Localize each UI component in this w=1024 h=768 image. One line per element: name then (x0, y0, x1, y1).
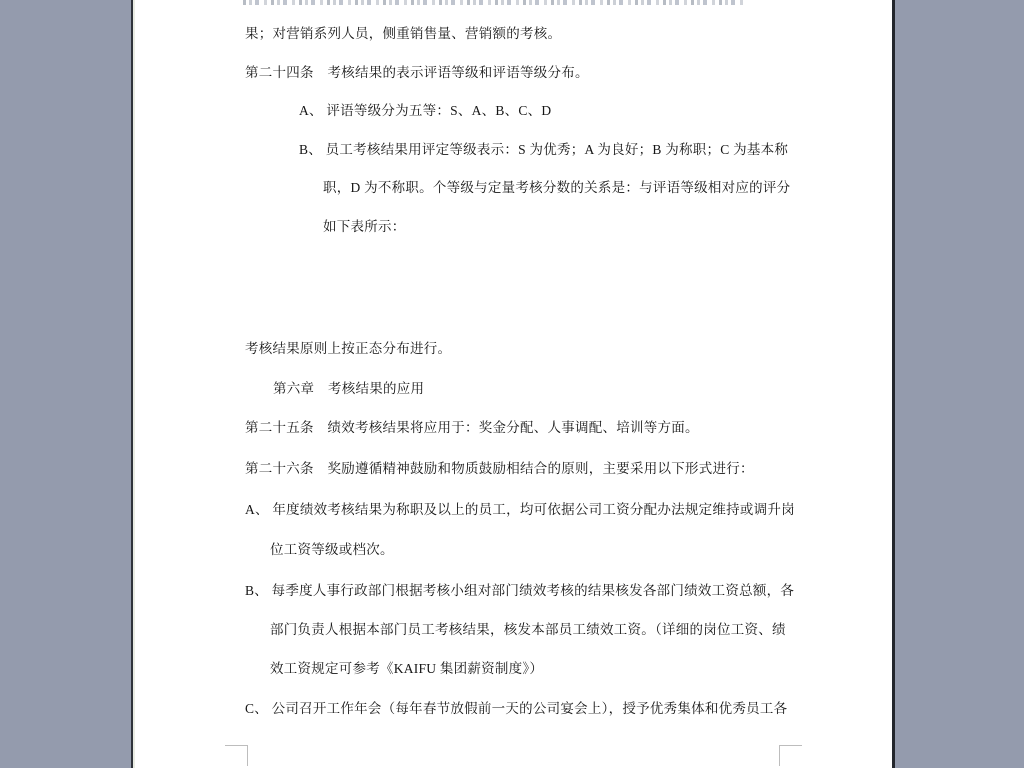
text-boundary-mark-left (225, 745, 248, 766)
text-line[interactable]: B、 每季度人事行政部门根据考核小组对部门绩效考核的结果核发各部门绩效工资总额，… (245, 582, 794, 599)
text-line[interactable]: 效工资规定可参考《KAIFU 集团薪资制度》） (270, 660, 543, 677)
text-line[interactable]: 位工资等级或档次。 (270, 541, 394, 558)
document-canvas: 果；对营销系列人员，侧重销售量、营销额的考核。 第二十四条 考核结果的表示评语等… (0, 0, 1024, 768)
text-line[interactable]: A、 年度绩效考核结果为称职及以上的员工，均可依据公司工资分配办法规定维持或调升… (245, 501, 795, 518)
text-line[interactable]: A、 评语等级分为五等：S、A、B、C、D (299, 102, 551, 119)
text-line[interactable]: 考核结果原则上按正态分布进行。 (245, 340, 451, 357)
text-line[interactable]: 第六章 考核结果的应用 (273, 380, 424, 397)
text-boundary-mark-right (779, 745, 802, 766)
text-line[interactable]: 第二十六条 奖励遵循精神鼓励和物质鼓励相结合的原则，主要采用以下形式进行： (245, 460, 754, 477)
document-page[interactable]: 果；对营销系列人员，侧重销售量、营销额的考核。 第二十四条 考核结果的表示评语等… (131, 0, 895, 768)
text-line[interactable]: C、 公司召开工作年会（每年春节放假前一天的公司宴会上），授予优秀集体和优秀员工… (245, 700, 787, 717)
text-line[interactable]: 部门负责人根据本部门员工考核结果，核发本部员工绩效工资。（详细的岗位工资、绩 (270, 621, 786, 638)
text-line[interactable]: 第二十五条 绩效考核结果将应用于：奖金分配、人事调配、培训等方面。 (245, 419, 699, 436)
text-line[interactable]: 果；对营销系列人员，侧重销售量、营销额的考核。 (245, 25, 561, 42)
text-line[interactable]: 第二十四条 考核结果的表示评语等级和评语等级分布。 (245, 64, 589, 81)
text-line[interactable]: 如下表所示： (323, 218, 406, 235)
clipped-text-line (243, 0, 743, 5)
text-line[interactable]: 职，D 为不称职。个等级与定量考核分数的关系是：与评语等级相对应的评分 (323, 179, 790, 196)
text-line[interactable]: B、 员工考核结果用评定等级表示：S 为优秀；A 为良好；B 为称职；C 为基本… (299, 141, 788, 158)
